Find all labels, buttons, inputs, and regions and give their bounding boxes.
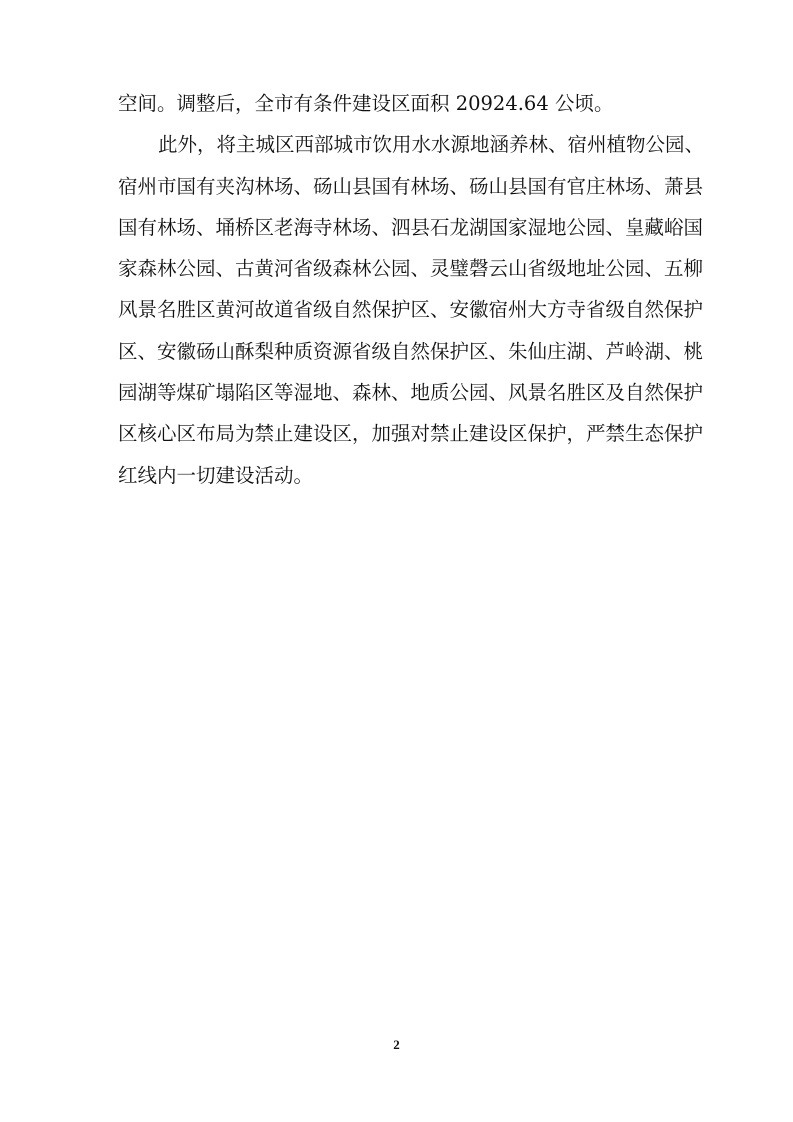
paragraph-1-line-1: 空间。调整后，全市有条件建设区面积 20924.64 公顷。 xyxy=(118,90,686,131)
paragraph-2-line-6: 区、安徽砀山酥梨种质资源省级自然保护区、朱仙庄湖、芦岭湖、桃 xyxy=(118,338,686,379)
paragraph-2-line-2: 宿州市国有夹沟林场、砀山县国有林场、砀山县国有官庄林场、萧县 xyxy=(118,173,686,214)
paragraph-2-line-3: 国有林场、埇桥区老海寺林场、泗县石龙湖国家湿地公园、皇藏峪国 xyxy=(118,214,686,255)
paragraph-2-line-4: 家森林公园、古黄河省级森林公园、灵璧磬云山省级地址公园、五柳 xyxy=(118,255,686,296)
page-number: 2 xyxy=(0,1037,793,1053)
paragraph-2-line-8: 区核心区布局为禁止建设区，加强对禁止建设区保护，严禁生态保护 xyxy=(118,420,686,461)
paragraph-2-line-1: 此外，将主城区西部城市饮用水水源地涵养林、宿州植物公园、 xyxy=(118,131,686,172)
body-text: 空间。调整后，全市有条件建设区面积 20924.64 公顷。 此外，将主城区西部… xyxy=(118,90,686,503)
paragraph-2-line-9: 红线内一切建设活动。 xyxy=(118,462,686,503)
paragraph-2-line-5: 风景名胜区黄河故道省级自然保护区、安徽宿州大方寺省级自然保护 xyxy=(118,296,686,337)
document-page: 空间。调整后，全市有条件建设区面积 20924.64 公顷。 此外，将主城区西部… xyxy=(0,0,793,1122)
paragraph-2-line-7: 园湖等煤矿塌陷区等湿地、森林、地质公园、风景名胜区及自然保护 xyxy=(118,379,686,420)
